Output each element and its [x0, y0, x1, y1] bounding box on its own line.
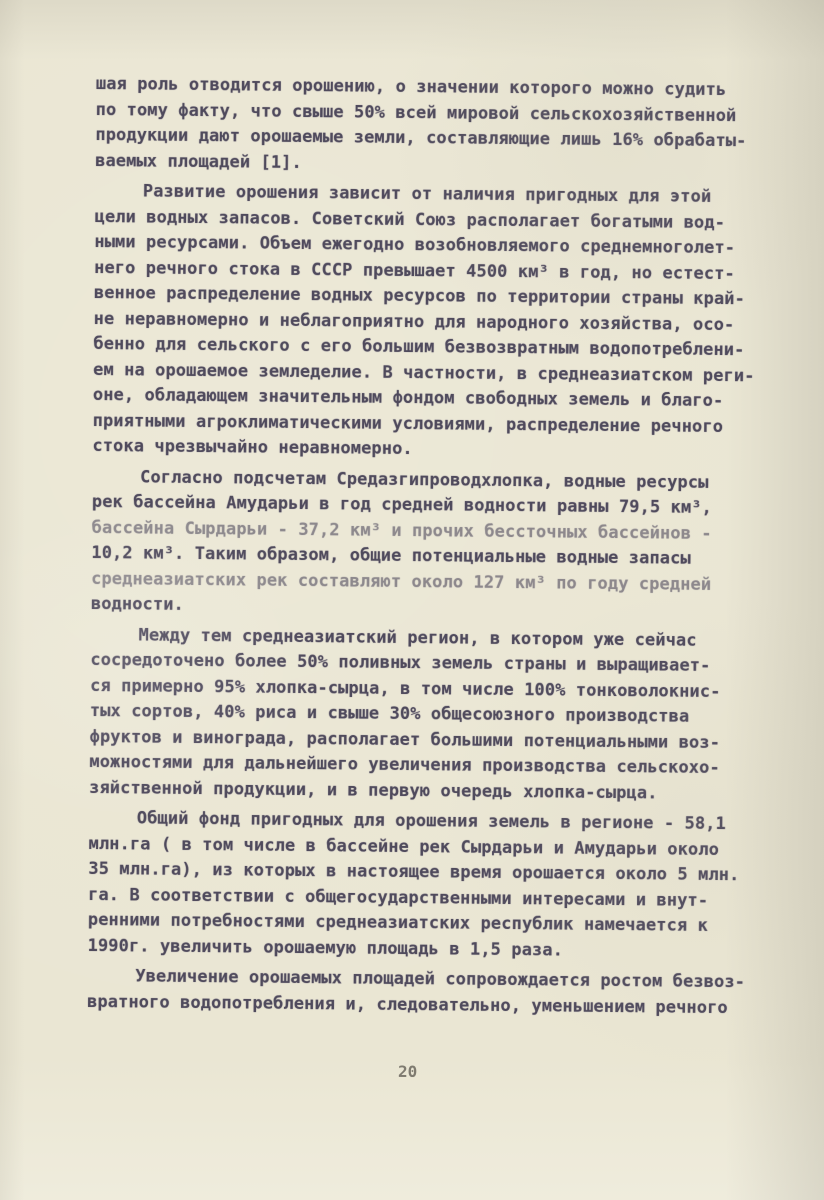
scanned-page: шая роль отводится орошению, о значении …: [0, 0, 824, 1200]
paragraph: Общий фонд пригодных для орошения земель…: [87, 806, 748, 965]
page-number: 20: [398, 1062, 417, 1081]
paragraph: Между тем среднеазиатский регион, в кото…: [89, 622, 751, 807]
paragraph: шая роль отводится орошению, о значении …: [95, 72, 756, 180]
paragraph: Развитие орошения зависит от наличия при…: [92, 179, 755, 466]
paragraph: Увеличение орошаемых площадей сопровожда…: [87, 964, 747, 1021]
document-text: шая роль отводится орошению, о значении …: [87, 72, 756, 1026]
paragraph: Согласно подсчетам Средазгипроводхлопка,…: [91, 464, 752, 623]
